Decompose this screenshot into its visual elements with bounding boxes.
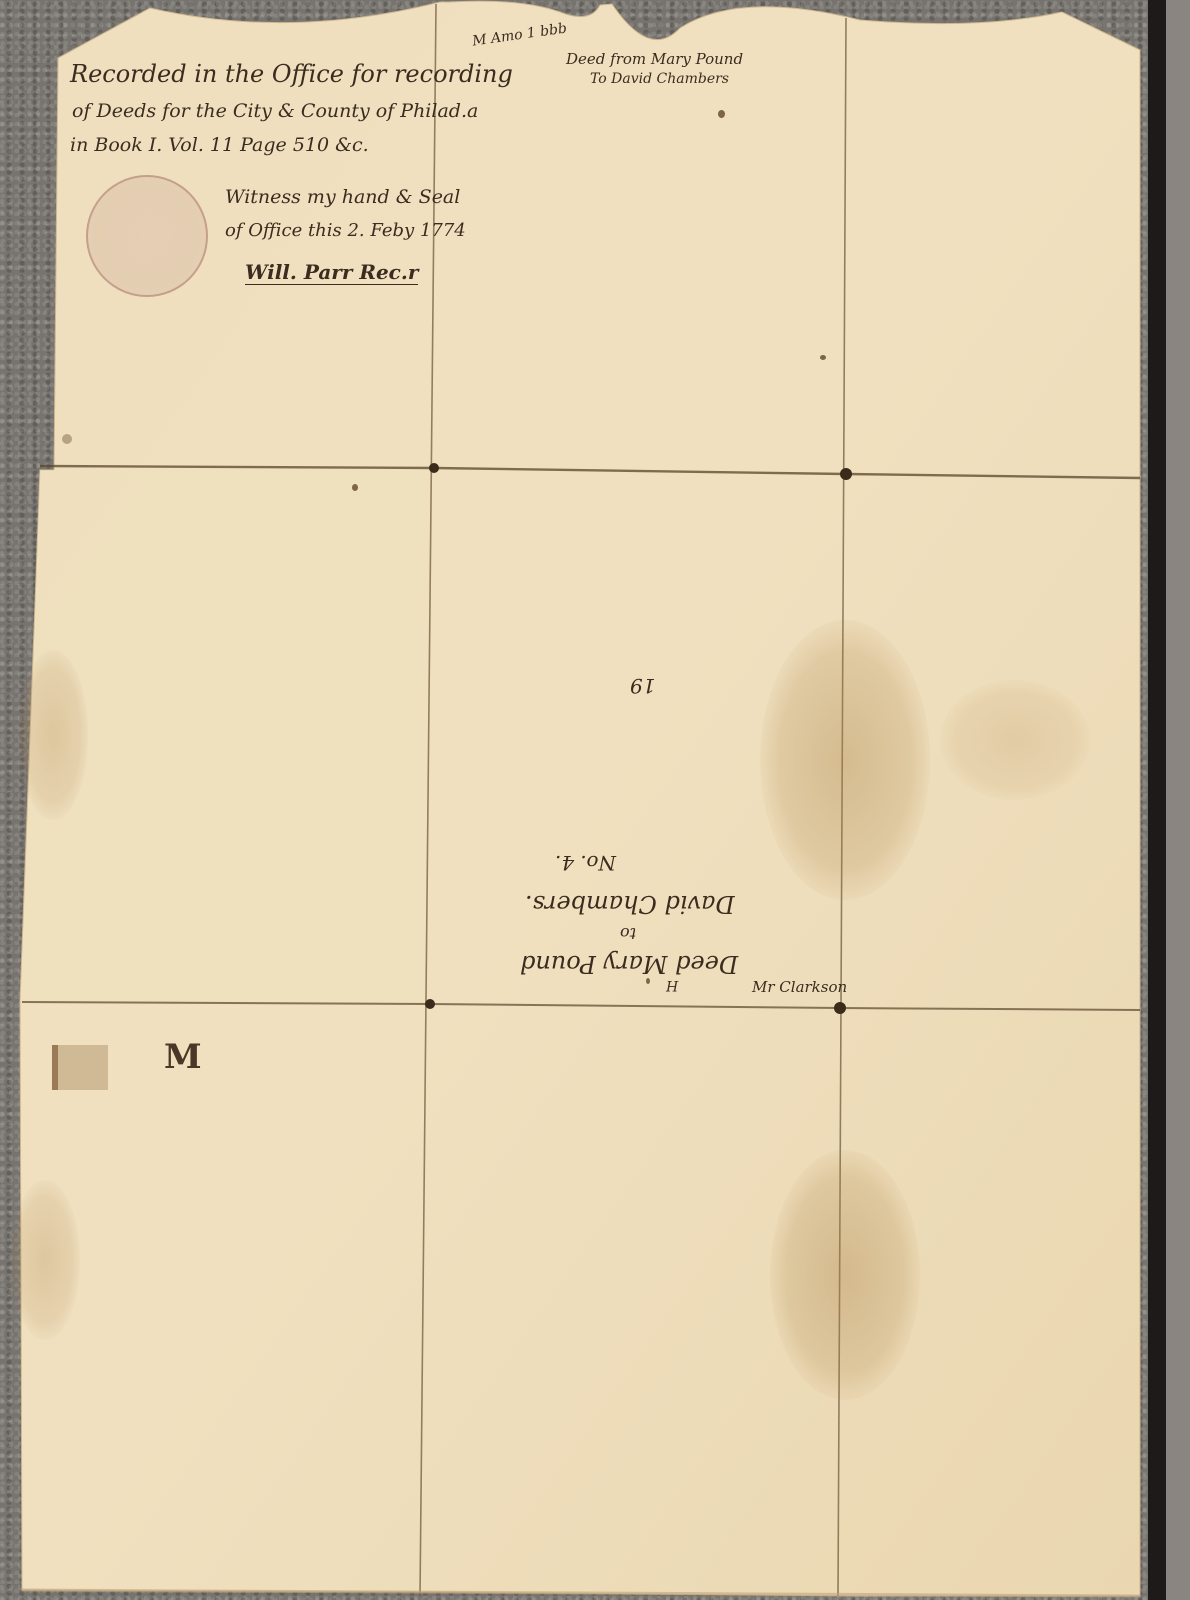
recording-note-line3: in Book I. Vol. 11 Page 510 &c. <box>70 136 369 155</box>
stain-left-edge-upper <box>18 650 88 820</box>
docket-line4: No. 4. <box>555 853 616 873</box>
stain-left-edge-lower <box>10 1180 80 1340</box>
docket-number: 19 <box>630 676 655 696</box>
lower-left-mark: M <box>164 1040 202 1074</box>
docket-line2: to <box>620 925 636 941</box>
ink-spot <box>646 978 650 984</box>
ink-spot <box>62 434 72 444</box>
recording-note-line4: Witness my hand & Seal <box>225 188 460 207</box>
endorsement-line2: To David Chambers <box>590 72 729 86</box>
stain-center-right-lower <box>770 1150 920 1400</box>
glue-residue-patch <box>52 1045 108 1090</box>
recording-note-line5: of Office this 2. Feby 1774 <box>225 222 466 240</box>
recording-note-line1: Recorded in the Office for recording <box>70 62 513 86</box>
ink-spot <box>352 484 358 491</box>
ink-spot <box>718 110 725 118</box>
recorder-signature: Will. Parr Rec.r <box>245 262 418 285</box>
stain-center-right-upper <box>760 620 930 900</box>
clerk-mark: H <box>666 978 678 992</box>
stain-right-panel <box>940 680 1090 800</box>
clerk-name: Mr Clarkson <box>752 980 847 995</box>
office-seal <box>86 175 208 297</box>
docket-line3: David Chambers. <box>525 892 735 916</box>
ink-spot <box>820 355 826 360</box>
endorsement-line1: Deed from Mary Pound <box>566 52 743 67</box>
recording-note-line2: of Deeds for the City & County of Philad… <box>72 102 478 121</box>
docket-line1: Deed Mary Pound <box>520 952 738 976</box>
